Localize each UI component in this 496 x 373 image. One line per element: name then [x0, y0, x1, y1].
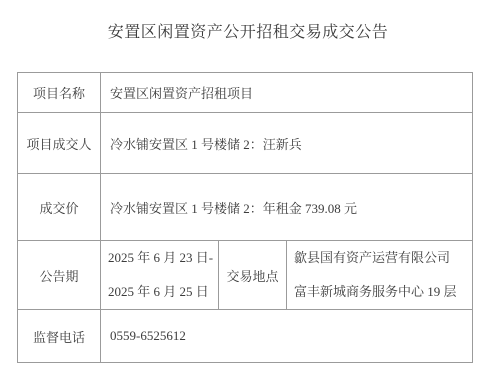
project-name-label: 项目名称 — [18, 73, 101, 113]
table-row-notice-period: 公告期 2025 年 6 月 23 日- 2025 年 6 月 25 日 交易地… — [18, 241, 473, 310]
supervision-phone-label: 监督电话 — [18, 310, 101, 363]
announcement-document: 安置区闲置资产公开招租交易成交公告 项目名称 安置区闲置资产招租项目 项目成交人… — [0, 0, 496, 373]
winner-value: 冷水铺安置区 1 号楼储 2：汪新兵 — [101, 113, 473, 174]
trade-location-address-line1: 歙县国有资产运营有限公司 — [294, 241, 470, 275]
table-row-project-name: 项目名称 安置区闲置资产招租项目 — [18, 73, 473, 113]
page-title: 安置区闲置资产公开招租交易成交公告 — [0, 19, 496, 42]
notice-period-dates: 2025 年 6 月 23 日- 2025 年 6 月 25 日 — [101, 241, 219, 310]
table-row-winner: 项目成交人 冷水铺安置区 1 号楼储 2：汪新兵 — [18, 113, 473, 174]
price-value: 冷水铺安置区 1 号楼储 2：年租金 739.08 元 — [101, 174, 473, 241]
table-row-price: 成交价 冷水铺安置区 1 号楼储 2：年租金 739.08 元 — [18, 174, 473, 241]
trade-location-label: 交易地点 — [219, 241, 287, 310]
winner-label: 项目成交人 — [18, 113, 101, 174]
notice-period-date-line1: 2025 年 6 月 23 日- — [108, 241, 216, 275]
supervision-phone-value: 0559-6525612 — [101, 310, 473, 363]
notice-period-date-line2: 2025 年 6 月 25 日 — [108, 275, 216, 309]
trade-location-address-line2: 富丰新城商务服务中心 19 层 — [294, 275, 470, 309]
announcement-table: 项目名称 安置区闲置资产招租项目 项目成交人 冷水铺安置区 1 号楼储 2：汪新… — [17, 72, 473, 363]
project-name-value: 安置区闲置资产招租项目 — [101, 73, 473, 113]
notice-period-label: 公告期 — [18, 241, 101, 310]
price-label: 成交价 — [18, 174, 101, 241]
table-row-supervision-phone: 监督电话 0559-6525612 — [18, 310, 473, 363]
trade-location-address: 歙县国有资产运营有限公司 富丰新城商务服务中心 19 层 — [287, 241, 473, 310]
